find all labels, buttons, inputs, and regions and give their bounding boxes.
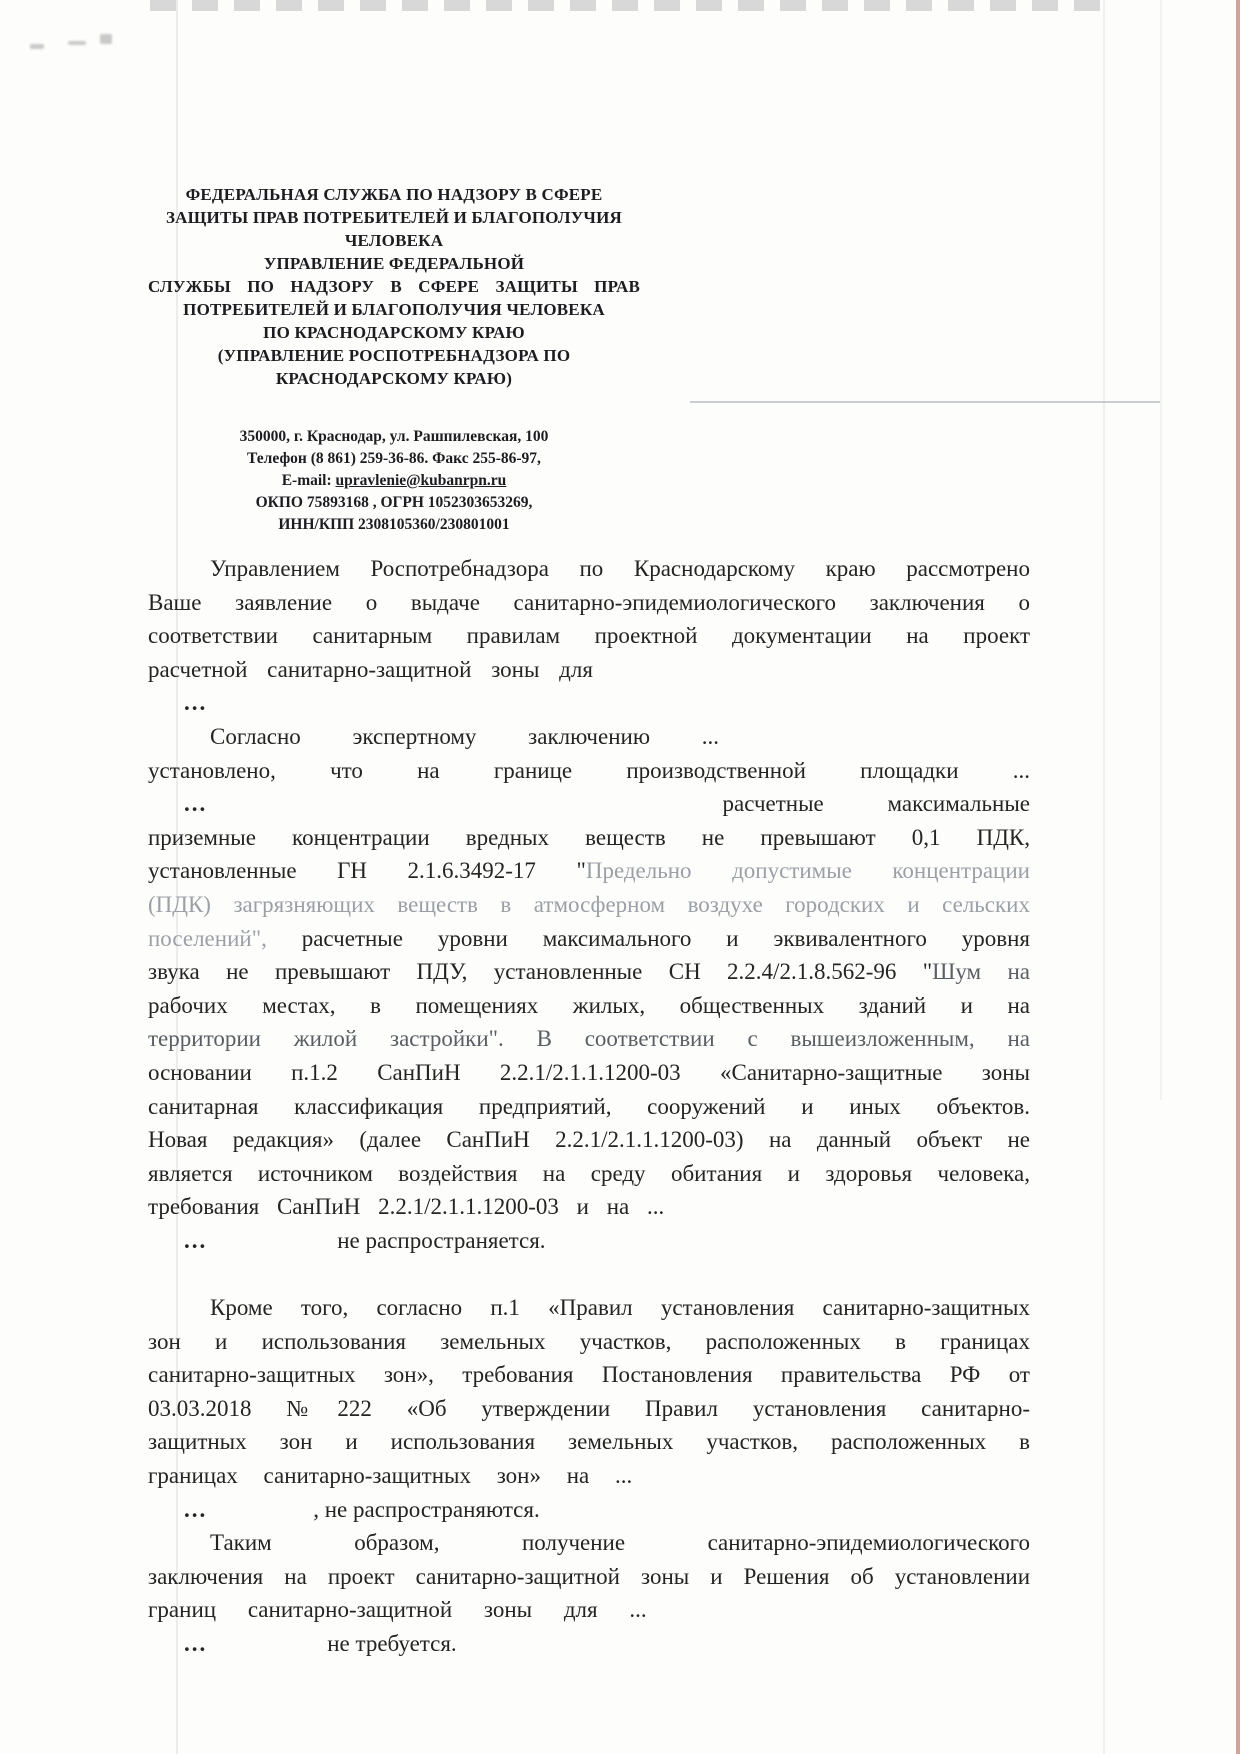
body-line: 03.03.2018 №222 «Об утверждении Правил у… (148, 1392, 1030, 1426)
email-address: upravlenie@kubanrpn.ru (336, 472, 507, 489)
body-line: Кроме того, согласно п.1 «Правил установ… (148, 1291, 1030, 1325)
body-line: территории жилой застройки". В соответст… (148, 1022, 1030, 1056)
body-line: Таким образом, получение санитарно-эпиде… (148, 1526, 1030, 1560)
body-line: ...расчетные максимальные (148, 787, 1030, 821)
body-line: заключения на проект санитарно-защитной … (148, 1560, 1030, 1594)
body-blank-line (148, 1257, 1030, 1291)
scan-fold-line (1160, 0, 1162, 1100)
body-line-fragment: не требуется. (327, 1627, 456, 1661)
body-line: рабочих местах, в помещениях жилых, обще… (148, 989, 1030, 1023)
body-line: соответствии санитарным правилам проектн… (148, 619, 1030, 653)
scanned-letter-page: ФЕДЕРАЛЬНАЯ СЛУЖБА ПО НАДЗОРУ В СФЕРЕ ЗА… (0, 0, 1240, 1754)
body-line-fragment: звука не превышают ПДУ, установленные СН… (148, 959, 932, 984)
body-line: Согласно экспертному заключению ... (148, 720, 1030, 754)
scan-speck (30, 44, 44, 49)
scan-speck (68, 41, 86, 45)
body-line: зон и использования земельных участков, … (148, 1325, 1030, 1359)
body-line: установленные ГН 2.1.6.3492-17 "Предельн… (148, 854, 1030, 888)
body-line: Новая редакция» (далее СанПиН 2.2.1/2.1.… (148, 1123, 1030, 1157)
phone-fax-line: Телефон (8 861) 259-36-86. Факс 255-86-9… (148, 448, 640, 470)
address-line: 350000, г. Краснодар, ул. Рашпилевская, … (148, 426, 640, 448)
contact-block: 350000, г. Краснодар, ул. Рашпилевская, … (148, 426, 640, 536)
body-line: звука не превышают ПДУ, установленные СН… (148, 955, 1030, 989)
org-name-line: ЧЕЛОВЕКА (148, 229, 640, 252)
body-line: Ваше заявление о выдаче санитарно-эпидем… (148, 586, 1030, 620)
org-name-line: СЛУЖБЫ ПО НАДЗОРУ В СФЕРЕ ЗАЩИТЫ ПРАВ (148, 275, 640, 298)
body-line: расчетной санитарно-защитной зоны для (148, 653, 1030, 687)
body-line: поселений", расчетные уровни максимально… (148, 922, 1030, 956)
org-name-line: ЗАЩИТЫ ПРАВ ПОТРЕБИТЕЛЕЙ И БЛАГОПОЛУЧИЯ (148, 206, 640, 229)
body-line-fragment: Шум на (932, 959, 1030, 984)
letter-body: Управлением Роспотребнадзора по Краснода… (148, 552, 1030, 1661)
body-line-fragment: не распространяется. (337, 1224, 545, 1258)
org-name-line: ФЕДЕРАЛЬНАЯ СЛУЖБА ПО НАДЗОРУ В СФЕРЕ (148, 183, 640, 206)
body-line: является источником воздействия на среду… (148, 1157, 1030, 1191)
letterhead-divider-line (690, 401, 1160, 403)
ellipsis-marker: ... (184, 690, 207, 715)
body-line-fragment: расчетные максимальные (723, 787, 1030, 821)
body-line: ..., не распространяются. (148, 1493, 1030, 1527)
ellipsis-marker: ... (184, 1224, 207, 1258)
body-line: приземные концентрации вредных веществ н… (148, 821, 1030, 855)
body-line-fragment: , не распространяются. (313, 1493, 539, 1527)
body-line-fragment: Предельно допустимые концентрации (586, 858, 1030, 883)
email-label: E-mail: (282, 472, 336, 489)
inn-kpp-line: ИНН/КПП 2308105360/230801001 (148, 514, 640, 536)
org-name-line: УПРАВЛЕНИЕ ФЕДЕРАЛЬНОЙ (148, 252, 640, 275)
body-line: ...не требуется. (148, 1627, 1030, 1661)
scan-fold-line (1103, 0, 1105, 1754)
org-name-line: ПОТРЕБИТЕЛЕЙ И БЛАГОПОЛУЧИЯ ЧЕЛОВЕКА (148, 298, 640, 321)
body-line: ... (148, 686, 1030, 720)
body-line-fragment: поселений", (148, 926, 302, 951)
org-name-line: КРАСНОДАРСКОМУ КРАЮ) (148, 367, 640, 390)
ellipsis-marker: ... (184, 1627, 207, 1661)
body-line: санитарно-защитных зон», требования Пост… (148, 1358, 1030, 1392)
scan-artifact-top-band (150, 0, 1105, 11)
letterhead: ФЕДЕРАЛЬНАЯ СЛУЖБА ПО НАДЗОРУ В СФЕРЕ ЗА… (148, 183, 640, 390)
body-line-fragment: расчетные уровни максимального и эквивал… (302, 926, 1030, 951)
body-line: (ПДК) загрязняющих веществ в атмосферном… (148, 888, 1030, 922)
body-line-fragment: установленные ГН 2.1.6.3492-17 " (148, 858, 586, 883)
body-line: требования СанПиН 2.2.1/2.1.1.1200-03 и … (148, 1190, 1030, 1224)
body-line: установлено, что на границе производстве… (148, 754, 1030, 788)
body-line: основании п.1.2 СанПиН 2.2.1/2.1.1.1200-… (148, 1056, 1030, 1090)
body-line: границ санитарно-защитной зоны для ... (148, 1593, 1030, 1627)
scan-speck (100, 34, 112, 44)
ellipsis-marker: ... (184, 787, 207, 821)
body-line: санитарная классификация предприятий, со… (148, 1090, 1030, 1124)
email-line: E-mail: upravlenie@kubanrpn.ru (148, 470, 640, 492)
okpo-ogrn-line: ОКПО 75893168 , ОГРН 1052303653269, (148, 492, 640, 514)
scan-edge-line (1236, 0, 1240, 1754)
org-name-line: (УПРАВЛЕНИЕ РОСПОТРЕБНАДЗОРА ПО (148, 344, 640, 367)
body-line: защитных зон и использования земельных у… (148, 1425, 1030, 1459)
body-line: Управлением Роспотребнадзора по Краснода… (148, 552, 1030, 586)
org-name-line: ПО КРАСНОДАРСКОМУ КРАЮ (148, 321, 640, 344)
ellipsis-marker: ... (184, 1493, 207, 1527)
body-line: ...не распространяется. (148, 1224, 1030, 1258)
body-line: границах санитарно-защитных зон» на ... (148, 1459, 1030, 1493)
